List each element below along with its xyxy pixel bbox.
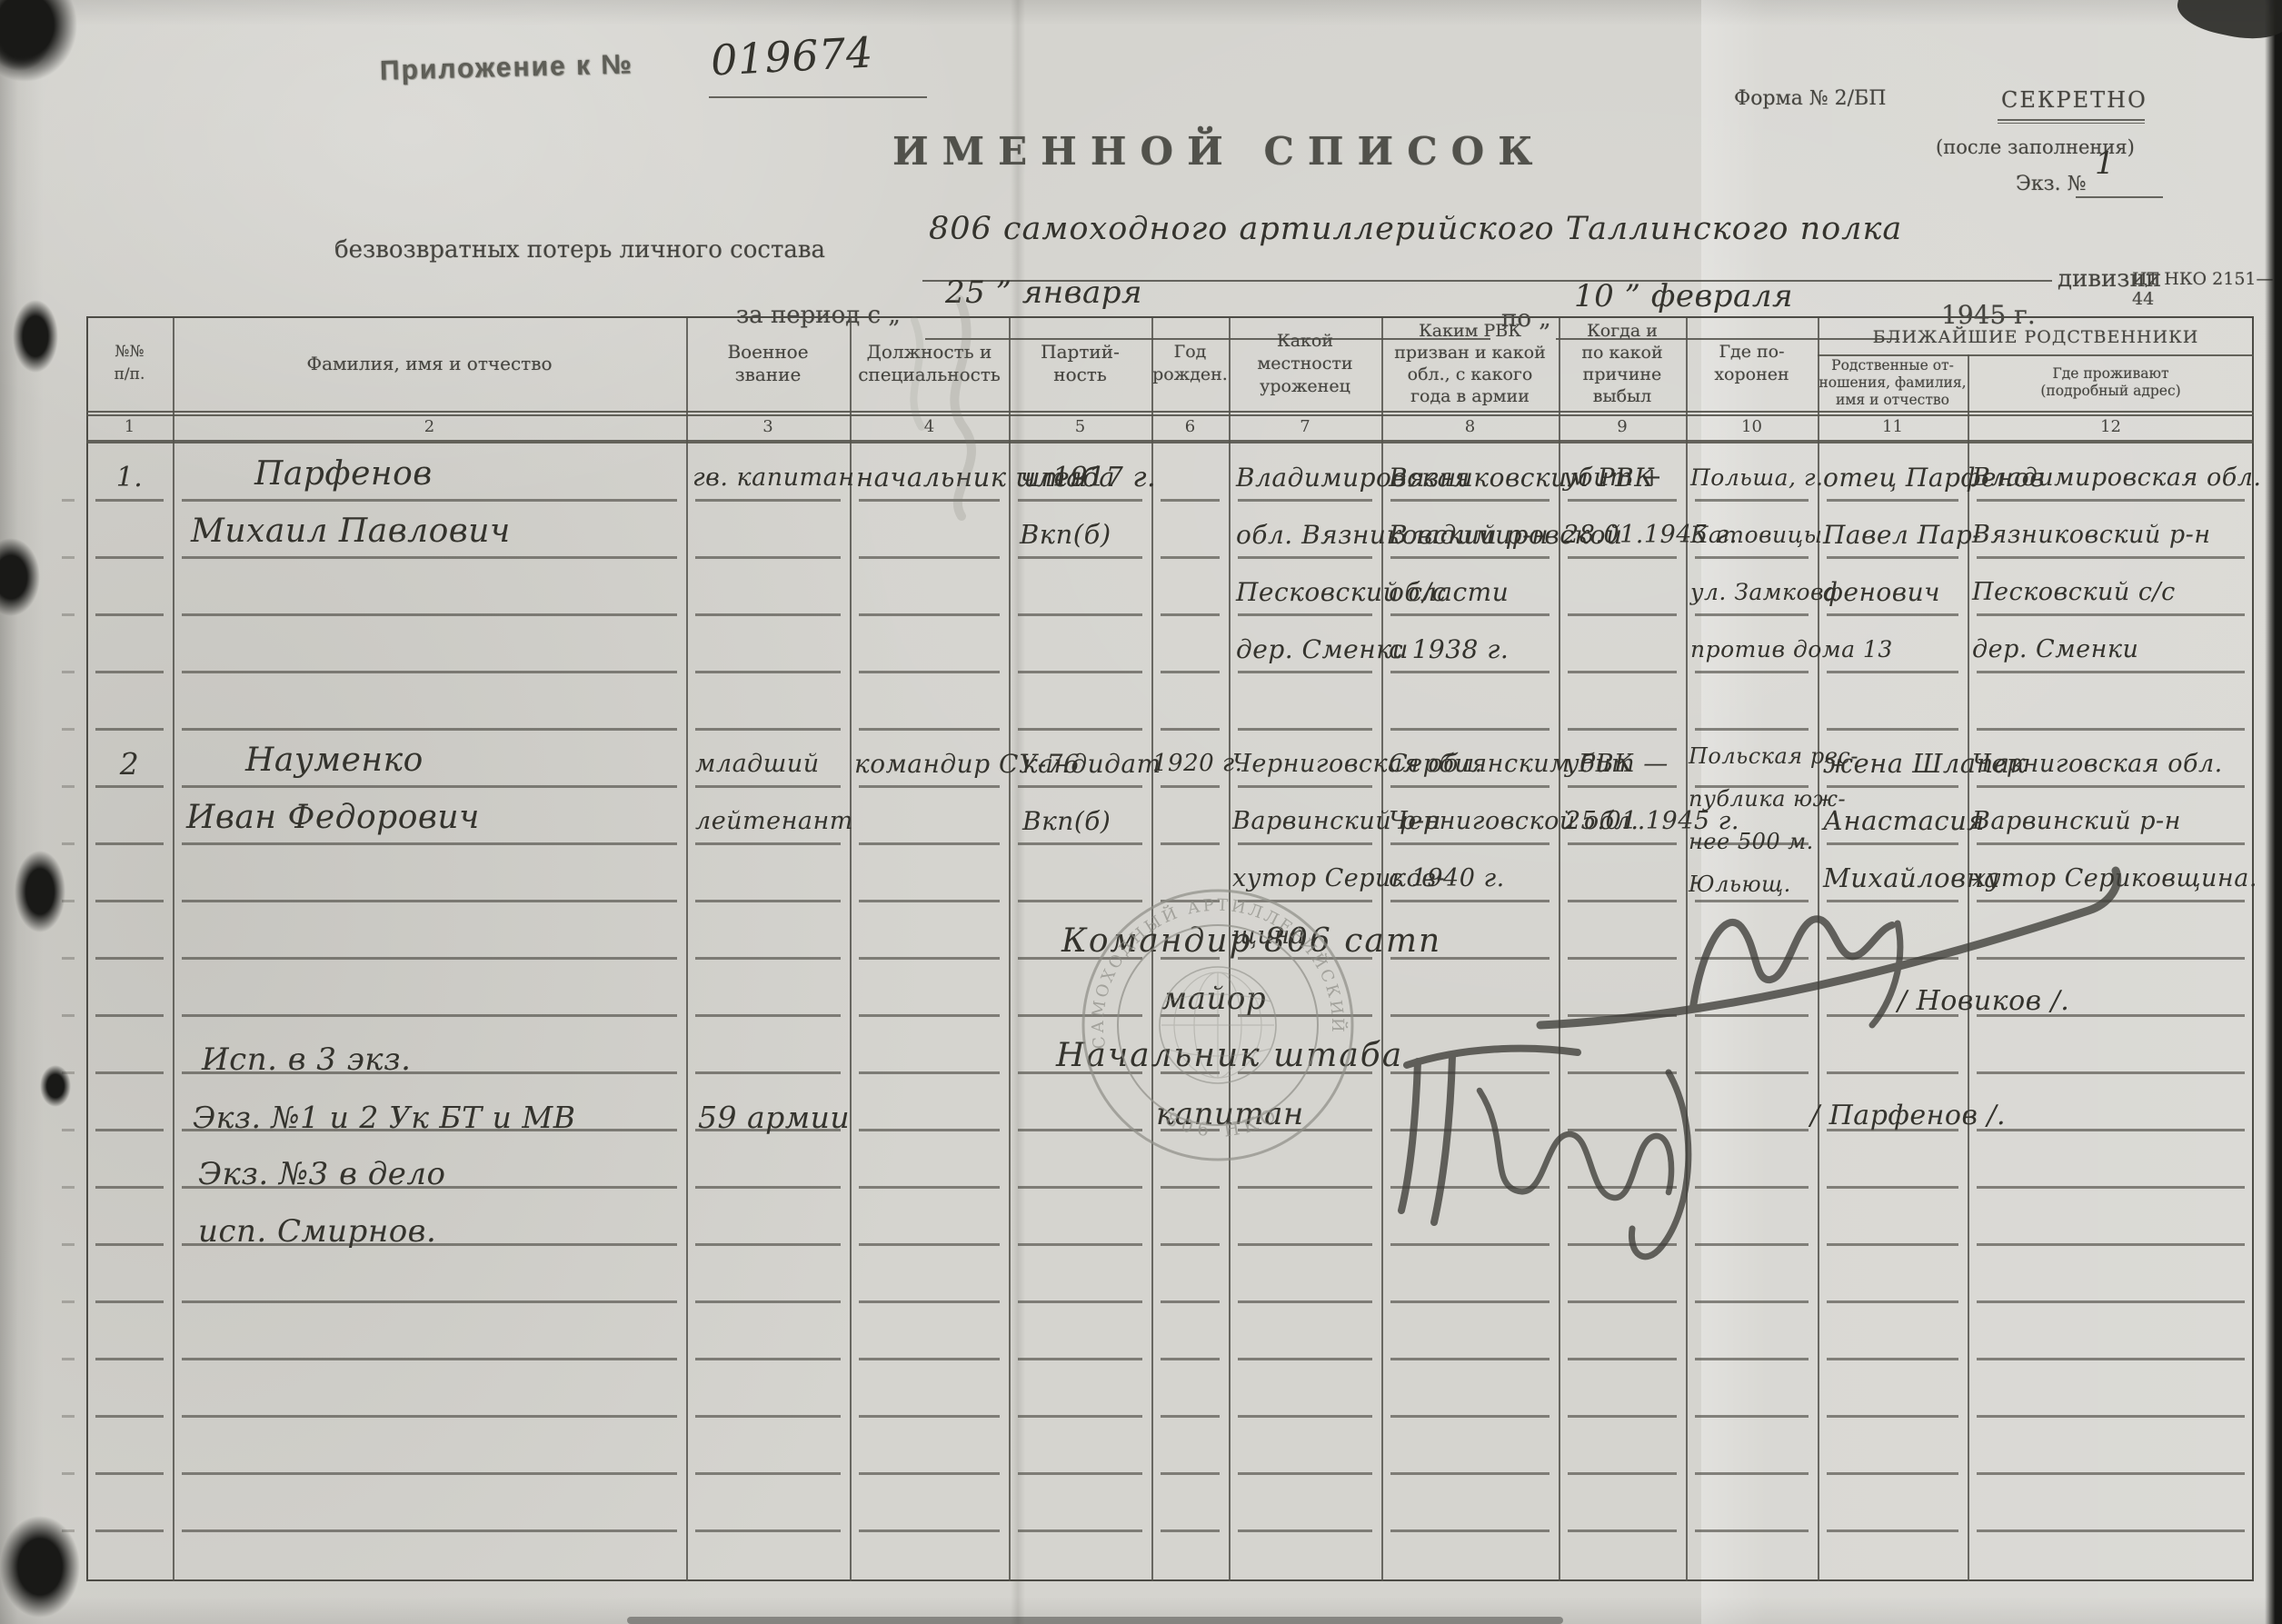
scanned-document: Приложение к № 019674 Форма № 2/БП СЕКРЕ… xyxy=(0,0,2282,1624)
col-number-4: 4 xyxy=(850,416,1009,438)
margin-rule-stubs xyxy=(53,444,84,1581)
rules-col-2 xyxy=(173,444,686,1581)
table-row-2-name: Науменко Иван Федорович xyxy=(186,732,677,846)
col-header-origin: Какой местности уроженец xyxy=(1229,318,1381,409)
col-number-9: 9 xyxy=(1559,416,1686,438)
col-header-num: №№ п/п. xyxy=(86,318,173,409)
table-row-2-address: Черниговская обл. Варвинский р-н хутор С… xyxy=(1972,735,2257,907)
copy-number-handwritten: 1 xyxy=(2095,136,2115,191)
chief-of-staff-name-handwritten: / Парфенов /. xyxy=(1810,1089,2006,1143)
document-title: ИМЕННОЙ СПИСОК xyxy=(892,129,1546,174)
paper-hole xyxy=(13,300,58,373)
commander-rank-handwritten: майор xyxy=(1161,971,1266,1026)
rules-col-3 xyxy=(686,444,850,1581)
col-number-2: 2 xyxy=(173,416,686,438)
bottom-edge-shadow xyxy=(627,1617,1563,1624)
secrecy-label: СЕКРЕТНО xyxy=(2001,87,2147,113)
col-header-name: Фамилия, имя и отчество xyxy=(173,318,686,409)
table-row-2-num: 2 xyxy=(86,735,173,792)
col-header-position: Должность и специальность xyxy=(850,318,1009,409)
table-row-2-rank: младший лейтенант xyxy=(695,735,853,850)
note-executor: исп. Смирнов. xyxy=(198,1203,436,1260)
table-row-1-num: 1. xyxy=(86,449,173,506)
col-number-8: 8 xyxy=(1381,416,1559,438)
col-number-7: 7 xyxy=(1229,416,1381,438)
print-code: ЦТ НКО 2151—44 xyxy=(2132,269,2282,309)
copy-number-label: Экз. № xyxy=(2016,173,2086,195)
period-to-handwritten: 10 ” февраля xyxy=(1574,260,1793,333)
loss-prefix: безвозвратных потерь личного состава xyxy=(334,236,825,264)
secrecy-underline xyxy=(1998,119,2145,121)
table-row-1-name: Парфенов Михаил Павлович xyxy=(191,445,682,560)
copy-number-underline xyxy=(2076,196,2163,198)
col-number-12: 12 xyxy=(1968,416,2254,438)
unit-handwritten: 806 самоходного артиллерийского Таллинск… xyxy=(929,193,1902,265)
col-number-1: 1 xyxy=(86,416,173,438)
secrecy-underline-2 xyxy=(1998,123,2145,124)
chief-of-staff-rank-handwritten: капитан xyxy=(1156,1087,1304,1141)
appendix-underline xyxy=(709,96,927,98)
appendix-number-handwritten: 019674 xyxy=(709,15,875,96)
paper-hole xyxy=(15,851,65,932)
paper-hole xyxy=(0,538,40,616)
table-row-2-born: 1920 г. xyxy=(1152,735,1242,792)
table-row-1-address: Владимировская обл. Вязниковский р-н Пес… xyxy=(1972,449,2261,678)
note-copies-made: Исп. в 3 экз. xyxy=(202,1031,411,1089)
col-number-5: 5 xyxy=(1009,416,1151,438)
commander-name-handwritten: / Новиков /. xyxy=(1898,974,2069,1029)
table-row-2-party: кандидат Вкп(б) xyxy=(1022,735,1161,850)
scan-edge xyxy=(2265,0,2282,1624)
col-header-drafted-by: Каким РВК призван и какой обл., с какого… xyxy=(1381,318,1559,409)
table-row-1-born: 1917 г. xyxy=(1052,449,1156,506)
form-number: Форма № 2/БП xyxy=(1734,87,1886,110)
col-header-relatives-group: БЛИЖАЙШИЕ РОДСТВЕННИКИ xyxy=(1818,322,2254,353)
numbers-row-bottom-line xyxy=(86,440,2254,443)
note-copy-3: Экз. №3 в дело xyxy=(198,1146,445,1203)
col-header-relative-name: Родственные от- ношения, фамилия, имя и … xyxy=(1818,356,1968,409)
col-header-party: Партий- ность xyxy=(1009,318,1151,409)
note-army: 59 армии xyxy=(698,1089,850,1146)
col-number-6: 6 xyxy=(1151,416,1229,438)
numbers-row-top-line xyxy=(86,411,2254,413)
appendix-stamp-label: Приложение к № xyxy=(380,49,634,86)
col-header-birth-year: Год рожден. xyxy=(1151,318,1229,409)
rules-col-5 xyxy=(1009,444,1151,1581)
col-header-relative-address: Где проживают (подробный адрес) xyxy=(1968,356,2254,409)
period-from-handwritten: 25 ” января xyxy=(945,256,1142,329)
paper-tear xyxy=(0,1516,80,1618)
chief-of-staff-role-handwritten: Начальник штаба xyxy=(1056,1029,1403,1083)
commander-role-handwritten: Командир 806 сатп xyxy=(1061,914,1441,969)
rules-col-1 xyxy=(86,444,173,1581)
table-row-1-rank: гв. капитан xyxy=(693,449,855,506)
col-number-10: 10 xyxy=(1686,416,1818,438)
note-copies-1-2: Экз. №1 и 2 Ук БТ и МВ xyxy=(193,1089,575,1146)
paper-hole xyxy=(40,1065,71,1107)
col-number-3: 3 xyxy=(686,416,850,438)
rules-col-4 xyxy=(850,444,1009,1581)
col-number-11: 11 xyxy=(1818,416,1968,438)
col-header-rank: Военное звание xyxy=(686,318,850,409)
